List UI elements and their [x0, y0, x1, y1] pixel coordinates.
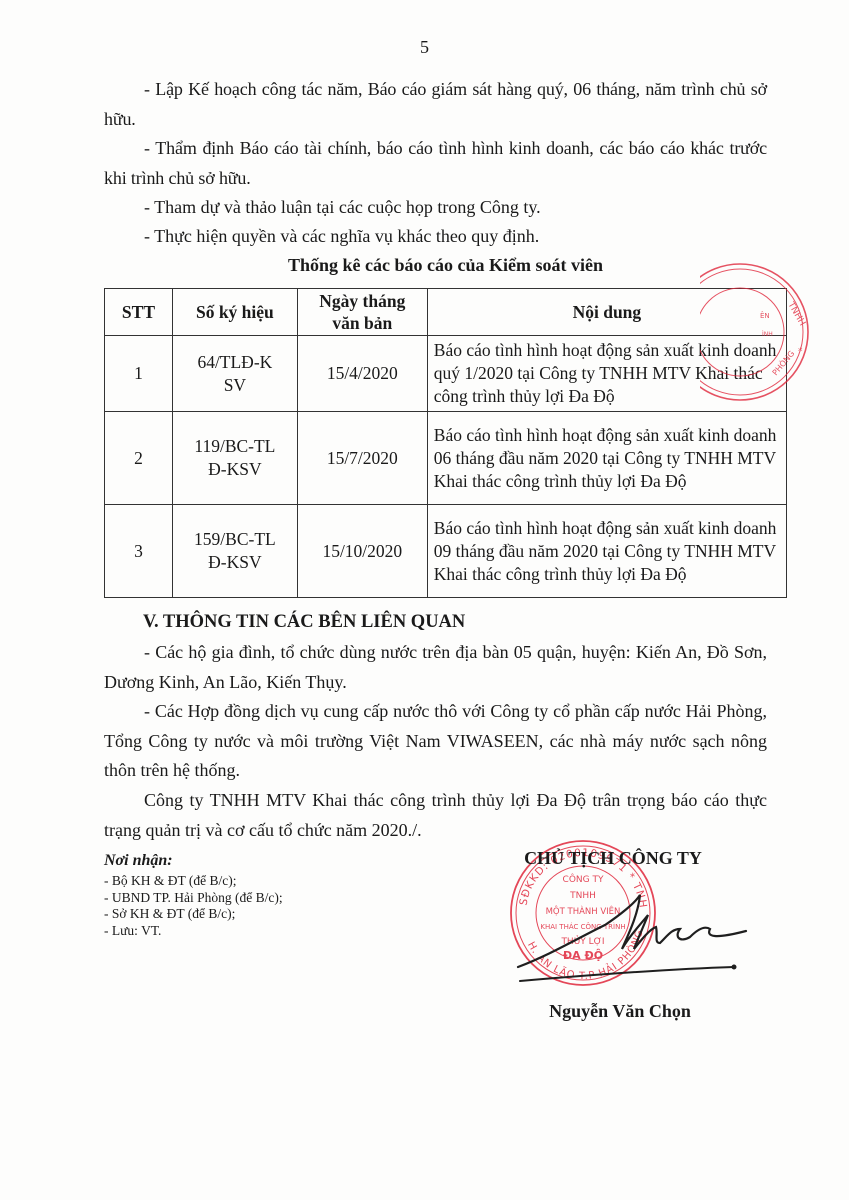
recipient-item: - Bộ KH & ĐT (để B/c);: [104, 873, 283, 890]
cell-stt: 3: [105, 505, 173, 598]
header-number: Số ký hiệu: [172, 289, 297, 336]
signer-name: Nguyễn Văn Chọn: [520, 1001, 720, 1022]
cell-number-text: 119/BC-TLĐ-KSV: [190, 435, 280, 481]
recipient-item: - UBND TP. Hải Phòng (để B/c);: [104, 890, 283, 907]
svg-text:CÔNG TY: CÔNG TY: [563, 873, 604, 885]
duty-item: - Thẩm định Báo cáo tài chính, báo cáo t…: [104, 134, 767, 193]
table-title: Thống kê các báo cáo của Kiểm soát viên: [104, 255, 787, 276]
header-date-label: Ngày tháng văn bản: [312, 290, 412, 334]
table-row: 1 64/TLĐ-KSV 15/4/2020 Báo cáo tình hình…: [105, 336, 787, 412]
cell-number: 159/BC-TLĐ-KSV: [172, 505, 297, 598]
reports-table: STT Số ký hiệu Ngày tháng văn bản Nội du…: [104, 288, 787, 598]
table-row: 3 159/BC-TLĐ-KSV 15/10/2020 Báo cáo tình…: [105, 505, 787, 598]
recipients-label: Nơi nhận:: [104, 852, 283, 870]
duty-item: - Thực hiện quyền và các nghĩa vụ khác t…: [104, 222, 767, 252]
page-number: 5: [0, 37, 849, 58]
svg-text:*: *: [798, 347, 803, 357]
svg-text:TNHH: TNHH: [785, 300, 807, 328]
duty-item: - Lập Kế hoạch công tác năm, Báo cáo giá…: [104, 75, 767, 134]
closing-paragraph: Công ty TNHH MTV Khai thác công trình th…: [104, 786, 767, 845]
cell-date: 15/7/2020: [297, 412, 427, 505]
cell-content: Báo cáo tình hình hoạt động sản xuất kin…: [427, 505, 786, 598]
recipient-item: - Lưu: VT.: [104, 923, 283, 940]
table-row: 2 119/BC-TLĐ-KSV 15/7/2020 Báo cáo tình …: [105, 412, 787, 505]
recipient-item: - Sở KH & ĐT (để B/c);: [104, 906, 283, 923]
section-paragraph: - Các hộ gia đình, tổ chức dùng nước trê…: [104, 638, 767, 697]
header-date: Ngày tháng văn bản: [297, 289, 427, 336]
cell-stt: 2: [105, 412, 173, 505]
section-title: V. THÔNG TIN CÁC BÊN LIÊN QUAN: [143, 612, 465, 633]
cell-date: 15/4/2020: [297, 336, 427, 412]
signer-title: CHỦ TỊCH CÔNG TY: [513, 848, 713, 869]
cell-number-text: 64/TLĐ-KSV: [195, 351, 275, 397]
cell-content: Báo cáo tình hình hoạt động sản xuất kin…: [427, 412, 786, 505]
signature-icon: [510, 885, 750, 985]
svg-text:PHÒNG: PHÒNG: [769, 348, 796, 378]
cell-number: 119/BC-TLĐ-KSV: [172, 412, 297, 505]
section-paragraph: - Các Hợp đồng dịch vụ cung cấp nước thô…: [104, 697, 767, 786]
cell-date: 15/10/2020: [297, 505, 427, 598]
table-header-row: STT Số ký hiệu Ngày tháng văn bản Nội du…: [105, 289, 787, 336]
svg-text:ÊN: ÊN: [760, 311, 770, 320]
recipients-block: Nơi nhận: - Bộ KH & ĐT (để B/c); - UBND …: [104, 852, 283, 939]
cell-number: 64/TLĐ-KSV: [172, 336, 297, 412]
cell-stt: 1: [105, 336, 173, 412]
cell-number-text: 159/BC-TLĐ-KSV: [190, 528, 280, 574]
header-stt: STT: [105, 289, 173, 336]
duty-item: - Tham dự và thảo luận tại các cuộc họp …: [104, 193, 767, 223]
partial-stamp-icon: TNHH * PHÒNG ÊN ÌNH: [700, 262, 849, 402]
svg-text:ÌNH: ÌNH: [762, 331, 773, 338]
recipients-list: - Bộ KH & ĐT (để B/c); - UBND TP. Hải Ph…: [104, 873, 283, 939]
